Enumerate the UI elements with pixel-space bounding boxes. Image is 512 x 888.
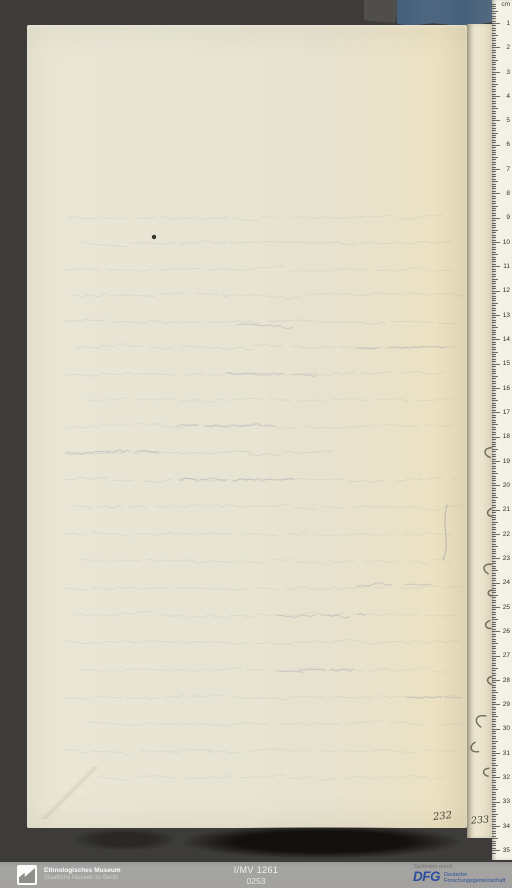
- page-bottom-shadow-left: [55, 829, 195, 855]
- scan-number: 0253: [234, 876, 279, 886]
- ruler-unit-label: cm: [501, 1, 510, 8]
- page-bottom-shadow: [150, 827, 480, 862]
- museum-logo-icon: [17, 865, 37, 885]
- archive-scan-viewer: 232 233 cm 12345678910111213141516171819…: [0, 0, 512, 888]
- fore-edge-ink-marks: [467, 24, 492, 838]
- book-spine-shadow: [364, 0, 402, 23]
- funder-block: Gefördert durch DFG Deutsche Forschungsg…: [413, 864, 509, 884]
- dfg-logo: DFG: [413, 871, 440, 883]
- metadata-bar: Ethnologisches Museum Staatliche Museen …: [0, 862, 512, 888]
- funder-name-line2: Forschungsgemeinschaft: [444, 878, 505, 884]
- ink-bleedthrough-texture: [27, 25, 467, 828]
- shelfmark: I/MV 1261: [234, 865, 279, 875]
- scan-identifiers: I/MV 1261 0253: [234, 865, 279, 886]
- funder-name: Deutsche Forschungsgemeinschaft: [444, 872, 505, 884]
- book-binding-edge: [397, 0, 492, 27]
- book-fore-edge: 233: [467, 24, 492, 838]
- manuscript-page-verso: 232: [27, 25, 467, 828]
- museum-logo-mark: [19, 867, 35, 883]
- institution-block: Ethnologisches Museum Staatliche Museen …: [17, 865, 121, 885]
- page-number-left: 232: [432, 810, 452, 823]
- measurement-ruler: cm 1234567891011121314151617181920212223…: [492, 0, 512, 860]
- institution-subtitle: Staatliche Museen zu Berlin: [44, 875, 121, 882]
- page-number-right: 233: [471, 814, 490, 826]
- institution-name: Ethnologisches Museum: [44, 867, 121, 875]
